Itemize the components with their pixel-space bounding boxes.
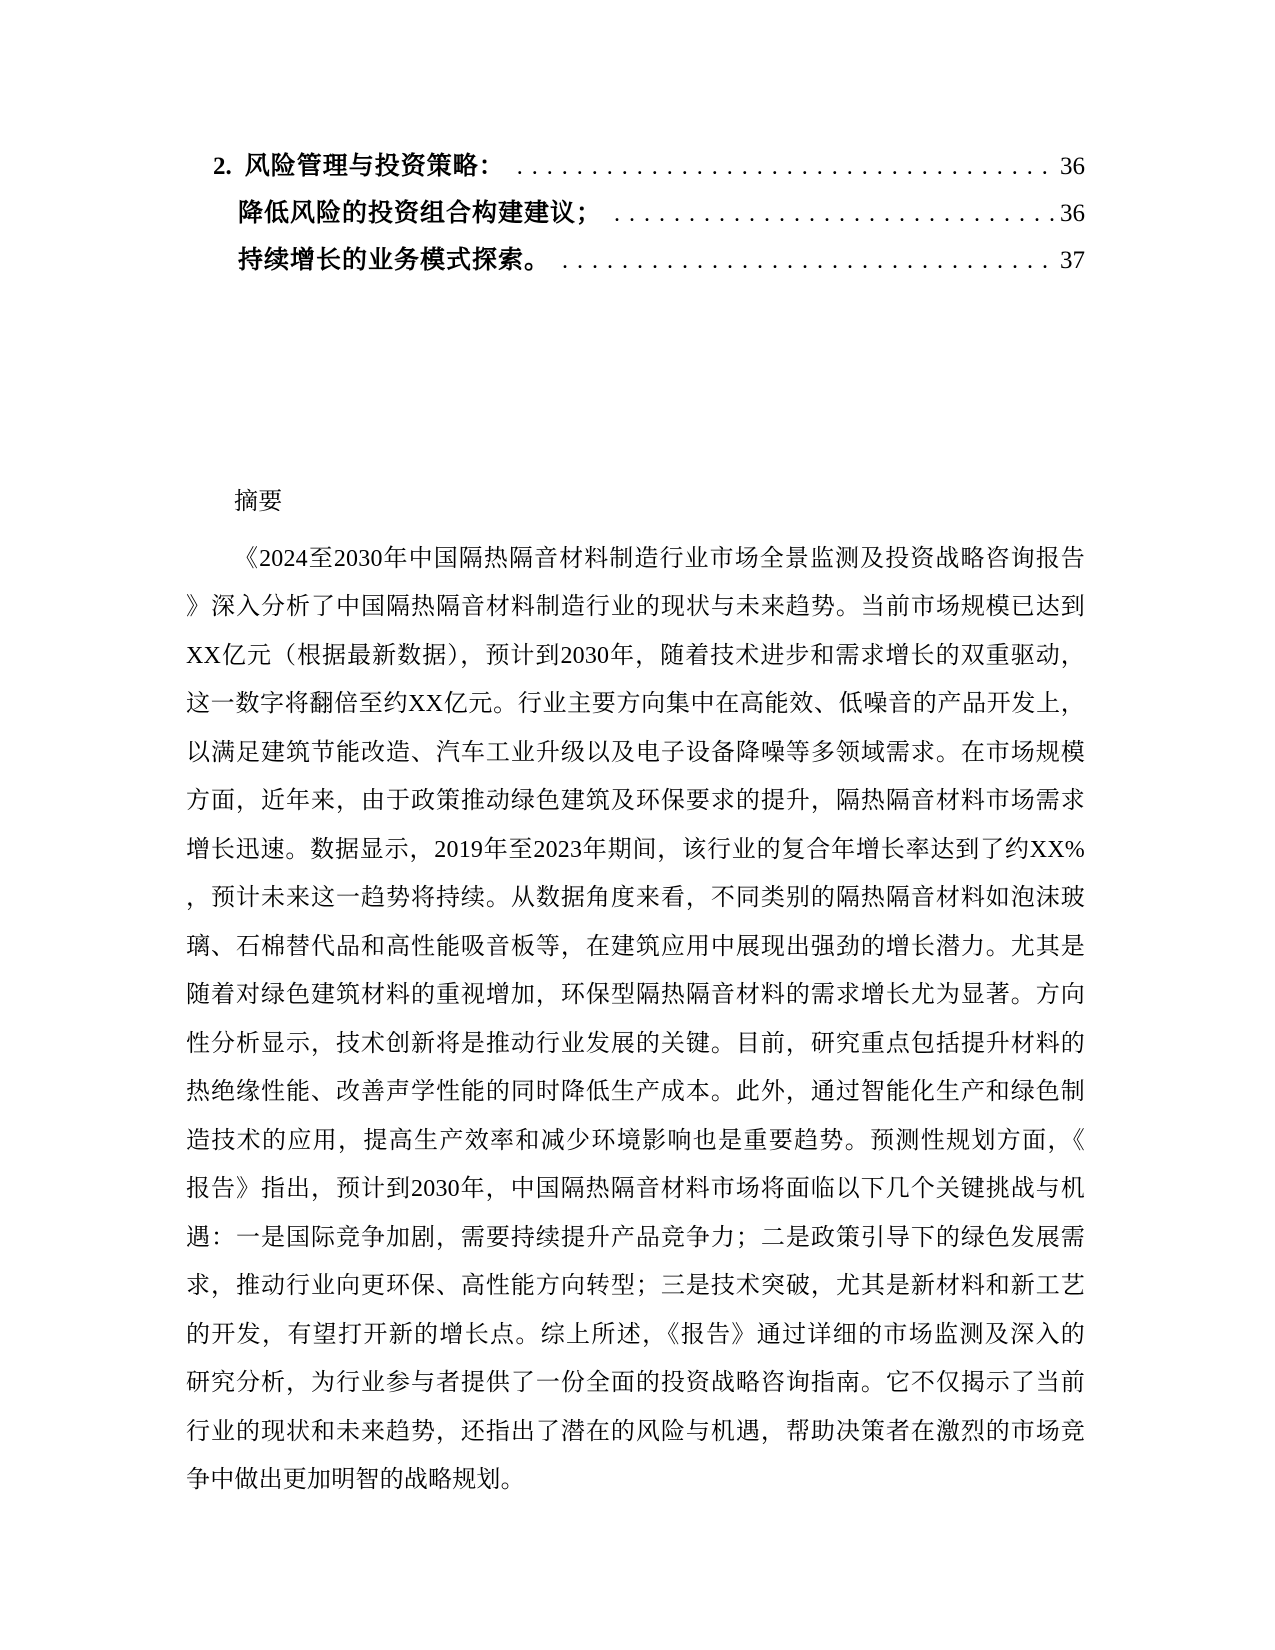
toc-entry-label: 降低风险的投资组合构建建议； — [238, 193, 602, 229]
paragraph-line: 以满足建筑节能改造、汽车工业升级以及电子设备降噪等多领域需求。在市场规模 — [186, 729, 1085, 778]
paragraph-line: 这一数字将翻倍至约XX亿元。行业主要方向集中在高能效、低噪音的产品开发上， — [186, 680, 1085, 729]
paragraph-line: 研究分析，为行业参与者提供了一份全面的投资战略咨询指南。它不仅揭示了当前 — [186, 1359, 1085, 1408]
toc-page-number: 36 — [1060, 200, 1085, 228]
table-of-contents: 2. 风险管理与投资策略： . . . . . . . . . . . . . … — [213, 146, 1085, 287]
paragraph-line: 行业的现状和未来趋势，还指出了潜在的风险与机遇，帮助决策者在激烈的市场竞 — [186, 1408, 1085, 1457]
toc-leader-dots: . . . . . . . . . . . . . . . . . . . . … — [517, 154, 1058, 181]
toc-entry[interactable]: 降低风险的投资组合构建建议； . . . . . . . . . . . . .… — [213, 193, 1085, 240]
toc-entry-label: 风险管理与投资策略： — [245, 146, 505, 182]
paragraph-line: 争中做出更加明智的战略规划。 — [186, 1456, 1085, 1505]
toc-entry[interactable]: 持续增长的业务模式探索。 . . . . . . . . . . . . . .… — [213, 240, 1085, 287]
paragraph-line: 热绝缘性能、改善声学性能的同时降低生产成本。此外，通过智能化生产和绿色制 — [186, 1068, 1085, 1117]
paragraph-line: 性分析显示，技术创新将是推动行业发展的关键。目前，研究重点包括提升材料的 — [186, 1020, 1085, 1069]
toc-leader-dots: . . . . . . . . . . . . . . . . . . . . … — [562, 248, 1058, 275]
paragraph-line: ，预计未来这一趋势将持续。从数据角度来看，不同类别的隔热隔音材料如泡沫玻 — [186, 874, 1085, 923]
paragraph-line: 璃、石棉替代品和高性能吸音板等，在建筑应用中展现出强劲的增长潜力。尤其是 — [186, 923, 1085, 972]
toc-entry[interactable]: 2. 风险管理与投资策略： . . . . . . . . . . . . . … — [213, 146, 1085, 193]
document-page: 2. 风险管理与投资策略： . . . . . . . . . . . . . … — [0, 0, 1275, 1650]
toc-entry-label: 持续增长的业务模式探索。 — [238, 240, 550, 276]
paragraph-line: 求，推动行业向更环保、高性能方向转型；三是技术突破，尤其是新材料和新工艺 — [186, 1262, 1085, 1311]
toc-page-number: 36 — [1060, 153, 1085, 181]
paragraph-line: 的开发，有望打开新的增长点。综上所述，《报告》通过详细的市场监测及深入的 — [186, 1311, 1085, 1360]
paragraph-line: 增长迅速。数据显示，2019年至2023年期间，该行业的复合年增长率达到了约XX… — [186, 826, 1085, 875]
paragraph-line: 随着对绿色建筑材料的重视增加，环保型隔热隔音材料的需求增长尤为显著。方向 — [186, 971, 1085, 1020]
paragraph-line: 造技术的应用，提高生产效率和减少环境影响也是重要趋势。预测性规划方面，《 — [186, 1117, 1085, 1166]
paragraph-line: 》深入分析了中国隔热隔音材料制造行业的现状与未来趋势。当前市场规模已达到 — [186, 583, 1085, 632]
paragraph-line: 《2024至2030年中国隔热隔音材料制造行业市场全景监测及投资战略咨询报告 — [186, 535, 1085, 584]
toc-leader-dots: . . . . . . . . . . . . . . . . . . . . … — [614, 201, 1058, 228]
abstract-heading: 摘要 — [186, 478, 1085, 527]
paragraph-line: XX亿元（根据最新数据），预计到2030年，随着技术进步和需求增长的双重驱动， — [186, 632, 1085, 681]
paragraph-line: 方面，近年来，由于政策推动绿色建筑及环保要求的提升，隔热隔音材料市场需求 — [186, 777, 1085, 826]
abstract-section: 摘要 《2024至2030年中国隔热隔音材料制造行业市场全景监测及投资战略咨询报… — [186, 478, 1085, 1505]
paragraph-line: 遇：一是国际竞争加剧，需要持续提升产品竞争力；二是政策引导下的绿色发展需 — [186, 1214, 1085, 1263]
toc-page-number: 37 — [1060, 247, 1085, 275]
paragraph-line: 报告》指出，预计到2030年，中国隔热隔音材料市场将面临以下几个关键挑战与机 — [186, 1165, 1085, 1214]
toc-entry-number: 2. — [213, 153, 232, 181]
